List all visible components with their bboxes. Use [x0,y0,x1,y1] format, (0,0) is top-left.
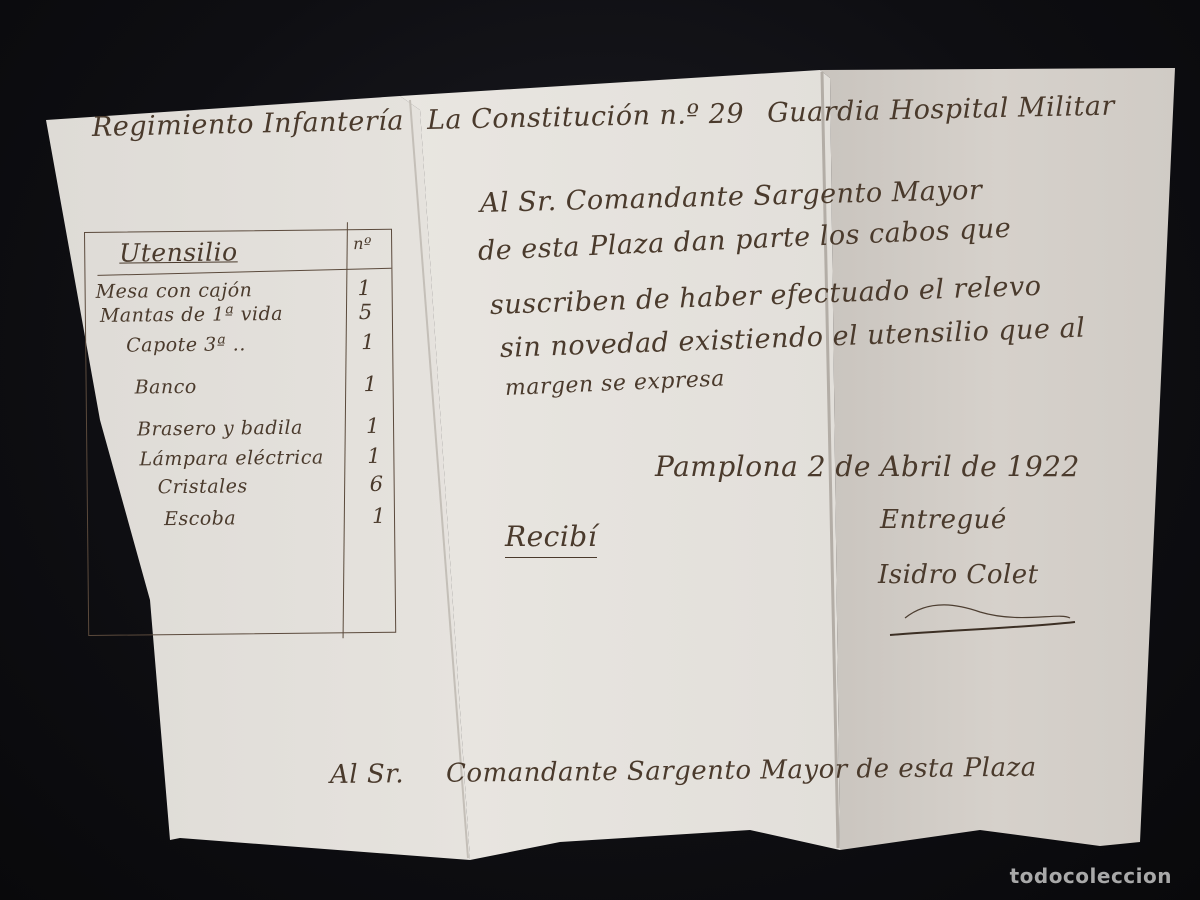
table-row: Capote 3ª .. 1 [86,332,392,369]
delivered-label: Entregué [880,505,1007,535]
received-label: Recibí [505,520,597,558]
table-row: Banco 1 [87,374,393,411]
row-item: Mantas de 1ª vida [100,303,283,327]
row-qty: 6 [370,472,384,496]
row-qty: 1 [372,504,386,528]
place-and-date: Pamplona 2 de Abril de 1922 [655,450,1080,483]
row-item: Escoba [164,507,236,530]
row-qty: 1 [363,372,377,396]
row-qty: 1 [366,414,380,438]
letter-line-5: margen se expresa [504,355,726,413]
row-item: Brasero y badila [137,417,303,441]
regiment-name: Regimiento Infantería [92,105,405,143]
row-item: Capote 3ª .. [126,333,246,356]
row-qty: 1 [361,330,375,354]
row-item: Banco [135,376,197,399]
address-recipient: Comandante Sargento Mayor de esta Plaza [446,753,1037,789]
address-salutation: Al Sr. [330,759,404,790]
column-header-item: Utensilio [119,237,238,267]
column-header-qty: nº [353,234,372,253]
unit-name: La Constitución n.º 29 [427,98,745,136]
row-qty: 1 [367,444,381,468]
folded-document: Regimiento Infantería La Constitución n.… [0,0,1200,900]
inventory-table: Utensilio nº Mesa con cajón 1 Mantas de … [84,229,396,636]
signature-name: Isidro Colet [878,560,1039,590]
row-item: Cristales [158,475,248,498]
watermark-logo: todocoleccion [1010,864,1172,888]
table-row: Escoba 1 [88,506,394,543]
row-item: Mesa con cajón [96,279,253,303]
row-qty: 5 [359,300,373,324]
row-item: Lámpara eléctrica [139,447,324,471]
row-qty: 1 [357,276,371,300]
